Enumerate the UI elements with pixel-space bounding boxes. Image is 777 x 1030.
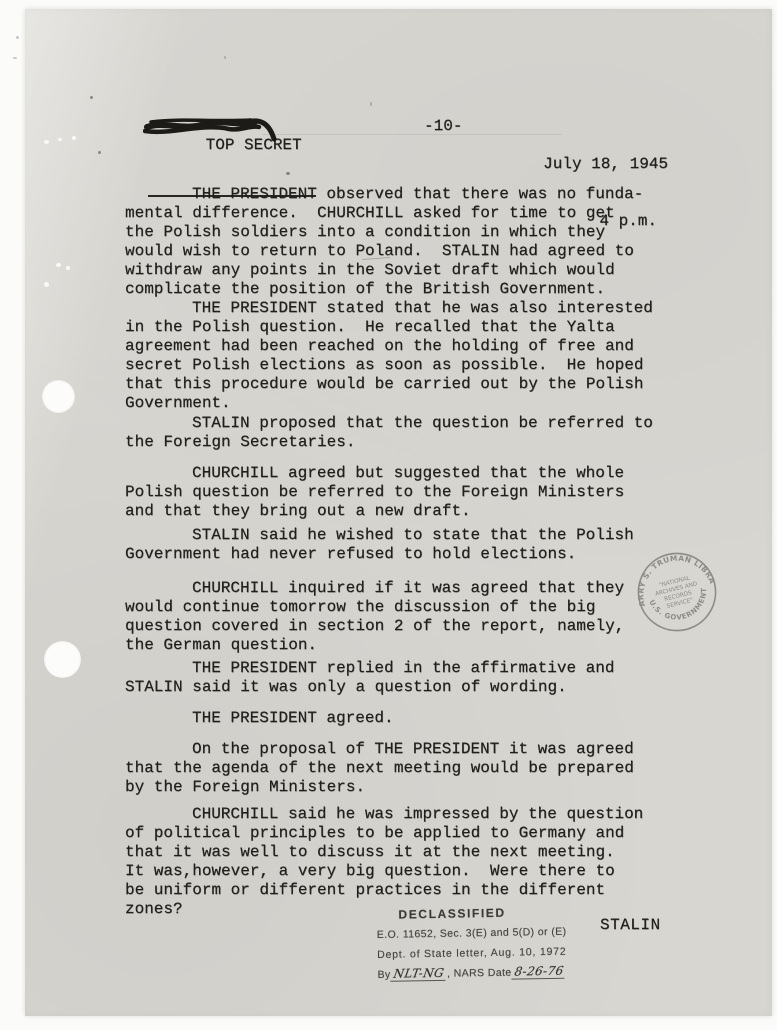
paragraph-5: STALIN said he wished to state that the … [125,526,685,564]
pencil-mark [16,36,19,39]
paragraph-2: THE PRESIDENT stated that he was also in… [125,299,685,413]
paper-speck [90,96,93,99]
paper-speck [44,140,49,144]
declassified-title: DECLASSIFIED [398,904,606,922]
paragraph-10: CHURCHILL said he was impressed by the q… [125,805,685,919]
punch-hole-top [42,380,75,413]
nars-date-label: , NARS Date [447,967,512,980]
date-text: July 18, 1945 [538,155,668,174]
page-number: -10- [424,117,462,136]
paper-speck [56,263,61,267]
paper-speck [370,102,372,106]
paragraph-1: THE PRESIDENT observed that there was no… [125,185,685,299]
paper-speck [44,282,49,287]
by-label: By [377,969,390,981]
declassified-letter-line: Dept. of State letter, Aug. 10, 1972 [377,945,607,961]
speaker-name: STALIN [600,916,661,935]
paragraph-9: On the proposal of THE PRESIDENT it was … [125,740,685,797]
scanner-background: TOP SECRET -10- July 18, 1945 4 p.m. THE… [0,0,777,1030]
by-signature: NLT-NG [390,966,447,982]
declassification-stamp: DECLASSIFIED E.O. 11652, Sec. 3(E) and 5… [376,904,607,982]
paper-speck [247,148,250,150]
paper-speck [66,266,70,270]
pencil-mark [13,57,17,59]
punch-hole-bottom [44,641,81,678]
paper-speck [224,56,226,59]
classification-text: TOP SECRET [206,136,302,154]
declassified-by-line: ByNLT-NG, NARS Date8-26-76 [377,963,607,982]
paper-speck [58,138,62,141]
nars-date-value: 8-26-76 [511,964,566,980]
paragraph-7: THE PRESIDENT replied in the affirmative… [125,659,685,697]
paper-speck [72,136,76,140]
paragraph-3: STALIN proposed that the question be ref… [125,414,685,452]
paper-crease [262,134,562,135]
paper-speck [286,172,290,175]
declassified-eo-line: E.O. 11652, Sec. 3(E) and 5(D) or (E) [377,925,607,941]
paragraph-8: THE PRESIDENT agreed. [125,709,685,728]
page-content: TOP SECRET -10- July 18, 1945 4 p.m. THE… [0,0,777,1030]
paper-speck [98,151,101,154]
paragraph-4: CHURCHILL agreed but suggested that the … [125,464,685,521]
paragraph-6: CHURCHILL inquired if it was agreed that… [125,579,685,655]
